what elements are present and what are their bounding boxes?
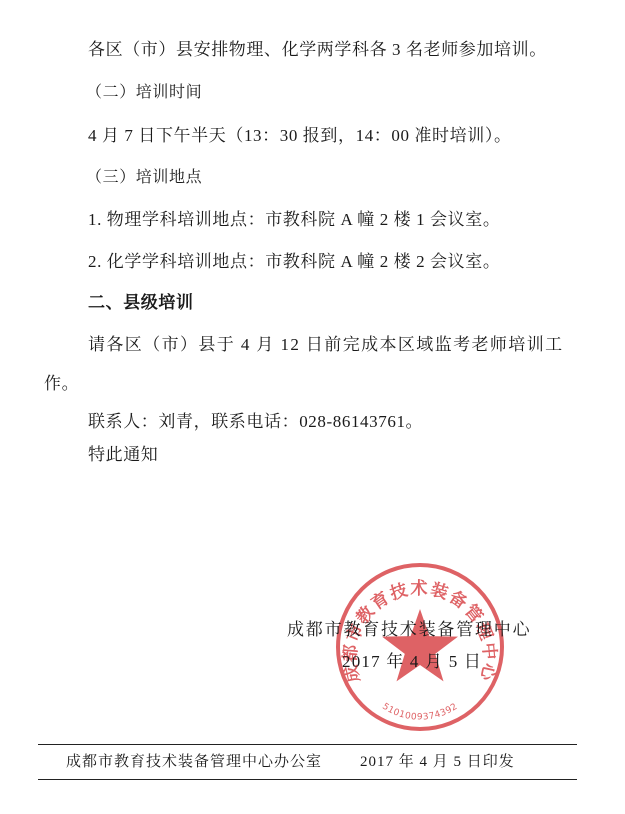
footer-bottom-rule xyxy=(38,779,577,780)
paragraph-participants: 各区（市）县安排物理、化学两学科各 3 名老师参加培训。 xyxy=(88,39,547,61)
paragraph-physics-location: 1. 物理学科培训地点：市教科院 A 幢 2 楼 1 会议室。 xyxy=(88,209,500,231)
official-seal: 成都市教育技术装备管理中心 5101009374392 xyxy=(334,561,506,733)
signature-date: 2017 年 4 月 5 日 xyxy=(342,651,482,673)
paragraph-county-deadline-cont: 作。 xyxy=(44,373,79,395)
seal-code: 5101009374392 xyxy=(380,702,460,723)
closing-text: 特此通知 xyxy=(88,444,158,466)
heading-training-time: （二）培训时间 xyxy=(86,82,202,104)
paragraph-chemistry-location: 2. 化学学科培训地点：市教科院 A 幢 2 楼 2 会议室。 xyxy=(88,251,500,273)
heading-county-training: 二、县级培训 xyxy=(88,292,194,314)
footer-issuer: 成都市教育技术装备管理中心办公室 xyxy=(66,752,322,772)
footer-top-rule xyxy=(38,744,577,745)
contact-info: 联系人：刘青，联系电话：028-86143761。 xyxy=(88,411,423,433)
heading-training-location: （三）培训地点 xyxy=(86,167,202,189)
paragraph-training-time: 4 月 7 日下午半天（13：30 报到，14：00 准时培训）。 xyxy=(88,125,512,147)
footer-issue-date: 2017 年 4 月 5 日印发 xyxy=(360,752,515,772)
signature-organization: 成都市教育技术装备管理中心 xyxy=(287,619,531,641)
paragraph-county-deadline: 请各区（市）县于 4 月 12 日前完成本区域监考老师培训工 xyxy=(88,334,564,356)
